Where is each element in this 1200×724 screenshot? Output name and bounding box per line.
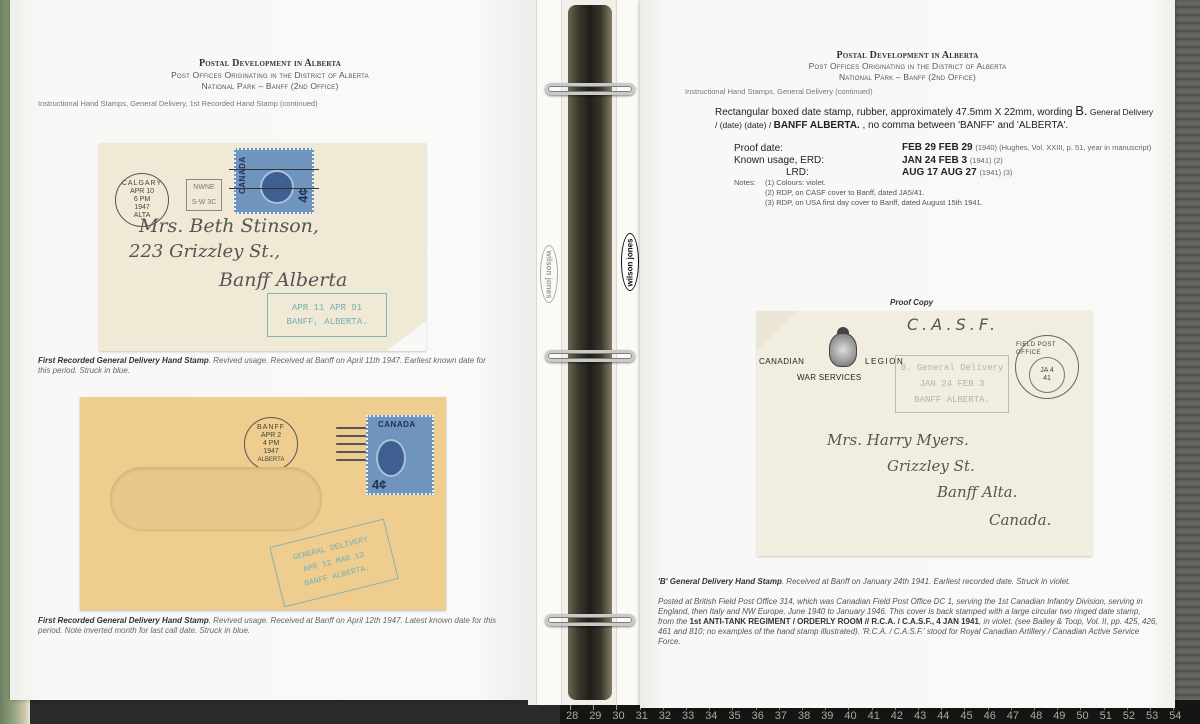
lrd-label: LRD: [786, 167, 809, 178]
ruler-number: 35 [728, 710, 740, 722]
manuscript-casf: C.A.S.F. [907, 315, 999, 334]
ruler-number: 29 [589, 710, 601, 722]
photo-corner [386, 321, 426, 351]
field-post-office-postmark: FIELD POST OFFICE JA 4 41 [1015, 335, 1079, 399]
cover-calgary[interactable]: CALGARY APR 10 6 PM 1947 ALTA NWNE S-W 3… [99, 143, 426, 351]
ruler-number: 51 [1100, 710, 1112, 722]
ruler-number: 53 [1146, 710, 1158, 722]
proof-copy-label: Proof Copy [890, 298, 933, 307]
address-line-1: Mrs. Beth Stinson, [139, 215, 319, 237]
ruler-number: 47 [1007, 710, 1019, 722]
stamp-portrait [376, 439, 406, 477]
ruler-number: 37 [775, 710, 787, 722]
lrd-value: AUG 17 AUG 27 (1941) (3) [902, 167, 1012, 178]
page-title: Postal Development in Alberta [640, 50, 1175, 61]
legion-sub-text: WAR SERVICES [797, 373, 862, 382]
canada-4c-stamp: CANADA 4¢ [366, 415, 434, 495]
proof-date-label: Proof date: [734, 143, 783, 154]
ruler-number: 31 [636, 710, 648, 722]
proof-date-value: FEB 29 FEB 29 (1940) (Hughes, Vol. XXIII… [902, 142, 1151, 153]
ruler-number: 33 [682, 710, 694, 722]
ruler-number: 49 [1053, 710, 1065, 722]
ruler-number: 44 [937, 710, 949, 722]
address-line-3: Banff Alberta [219, 269, 347, 291]
envelope-window [110, 467, 322, 531]
ruler-number: 52 [1123, 710, 1135, 722]
binder-ring-bottom[interactable] [545, 614, 635, 626]
cover-banff-window[interactable]: BANFF APR 2 4 PM 1947 ALBERTA CANADA 4¢ … [80, 397, 446, 610]
ruler-number: 46 [984, 710, 996, 722]
legion-left-text: CANADIAN [759, 357, 804, 366]
slogan-cancel: NWNE S-W 3C [186, 179, 222, 211]
binder-ring-middle[interactable] [545, 350, 635, 362]
cover-canadian-legion[interactable]: C.A.S.F. CANADIAN LEGION WAR SERVICES B.… [757, 311, 1092, 556]
ruler-number: 34 [705, 710, 717, 722]
general-delivery-hand-stamp: GENERAL DELIVERY APR 12 MAR 13 BANFF ALB… [269, 519, 398, 608]
address-line-2: 223 Grizzley St., [129, 241, 280, 262]
page-subtitle: Post Offices Originating in the District… [640, 61, 1175, 71]
ruler-number: 48 [1030, 710, 1042, 722]
legion-crest-icon [829, 333, 857, 367]
known-usage-label: Known usage, ERD: [734, 155, 824, 166]
ruler-number: 41 [868, 710, 880, 722]
note-3: (3) RDP, on USA first day cover to Banff… [765, 198, 983, 207]
ruler-number: 43 [914, 710, 926, 722]
ruler-number: 42 [891, 710, 903, 722]
cancel-lines [229, 169, 319, 189]
binder-spine: wilson jones wilson jones [528, 0, 643, 705]
ruler-number: 39 [821, 710, 833, 722]
erd-value: JAN 24 FEB 3 (1941) (2) [902, 155, 1003, 166]
ruler-number: 54 [1169, 710, 1181, 722]
binder-ring-top[interactable] [545, 83, 635, 95]
ruler-number: 32 [659, 710, 671, 722]
stamp-description: Rectangular boxed date stamp, rubber, ap… [715, 104, 1155, 132]
ruler-number: 28 [566, 710, 578, 722]
ruler-number: 38 [798, 710, 810, 722]
ruler-number: 45 [960, 710, 972, 722]
cover-3-description: Posted at British Field Post Office 314,… [658, 597, 1158, 647]
general-delivery-hand-stamp: APR 11 APR 91 BANFF, ALBERTA. [267, 293, 387, 337]
address-line-2: Grizzley St. [887, 457, 975, 475]
page-subtitle: Post Offices Originating in the District… [10, 70, 530, 80]
note-2: (2) RDP, on CASF cover to Banff, dated J… [765, 188, 924, 197]
ruler-number: 40 [844, 710, 856, 722]
ruler-number: 30 [612, 710, 624, 722]
section-heading: Instructional Hand Stamps, General Deliv… [685, 87, 873, 96]
address-line-4: Canada. [989, 511, 1051, 529]
notes-label: Notes: [734, 178, 756, 187]
banff-postmark: BANFF APR 2 4 PM 1947 ALBERTA [244, 417, 298, 471]
ruler-number: 50 [1076, 710, 1088, 722]
note-1: (1) Colours: violet. [765, 178, 826, 187]
address-line-1: Mrs. Harry Myers. [827, 431, 969, 449]
page-title: Postal Development in Alberta [10, 58, 530, 69]
cover-1-caption: First Recorded General Delivery Hand Sta… [38, 356, 498, 376]
section-heading: Instructional Hand Stamps, General Deliv… [38, 99, 318, 108]
address-line-3: Banff Alta. [937, 483, 1017, 501]
cover-2-caption: First Recorded General Delivery Hand Sta… [38, 616, 508, 636]
postmark-inner-ring: JA 4 41 [1029, 357, 1065, 393]
page-subtitle-2: National Park – Banff (2nd Office) [10, 81, 530, 91]
ruler-number: 36 [752, 710, 764, 722]
brand-logo-left: wilson jones [540, 245, 558, 303]
b-general-delivery-hand-stamp: B. General Delivery JAN 24 FEB 3 BANFF A… [895, 355, 1009, 413]
cover-3-caption: 'B' General Delivery Hand Stamp. Receive… [658, 577, 1158, 587]
brand-logo-right: wilson jones [621, 233, 639, 291]
page-subtitle-2: National Park – Banff (2nd Office) [640, 72, 1175, 82]
photo-corner [757, 311, 797, 351]
